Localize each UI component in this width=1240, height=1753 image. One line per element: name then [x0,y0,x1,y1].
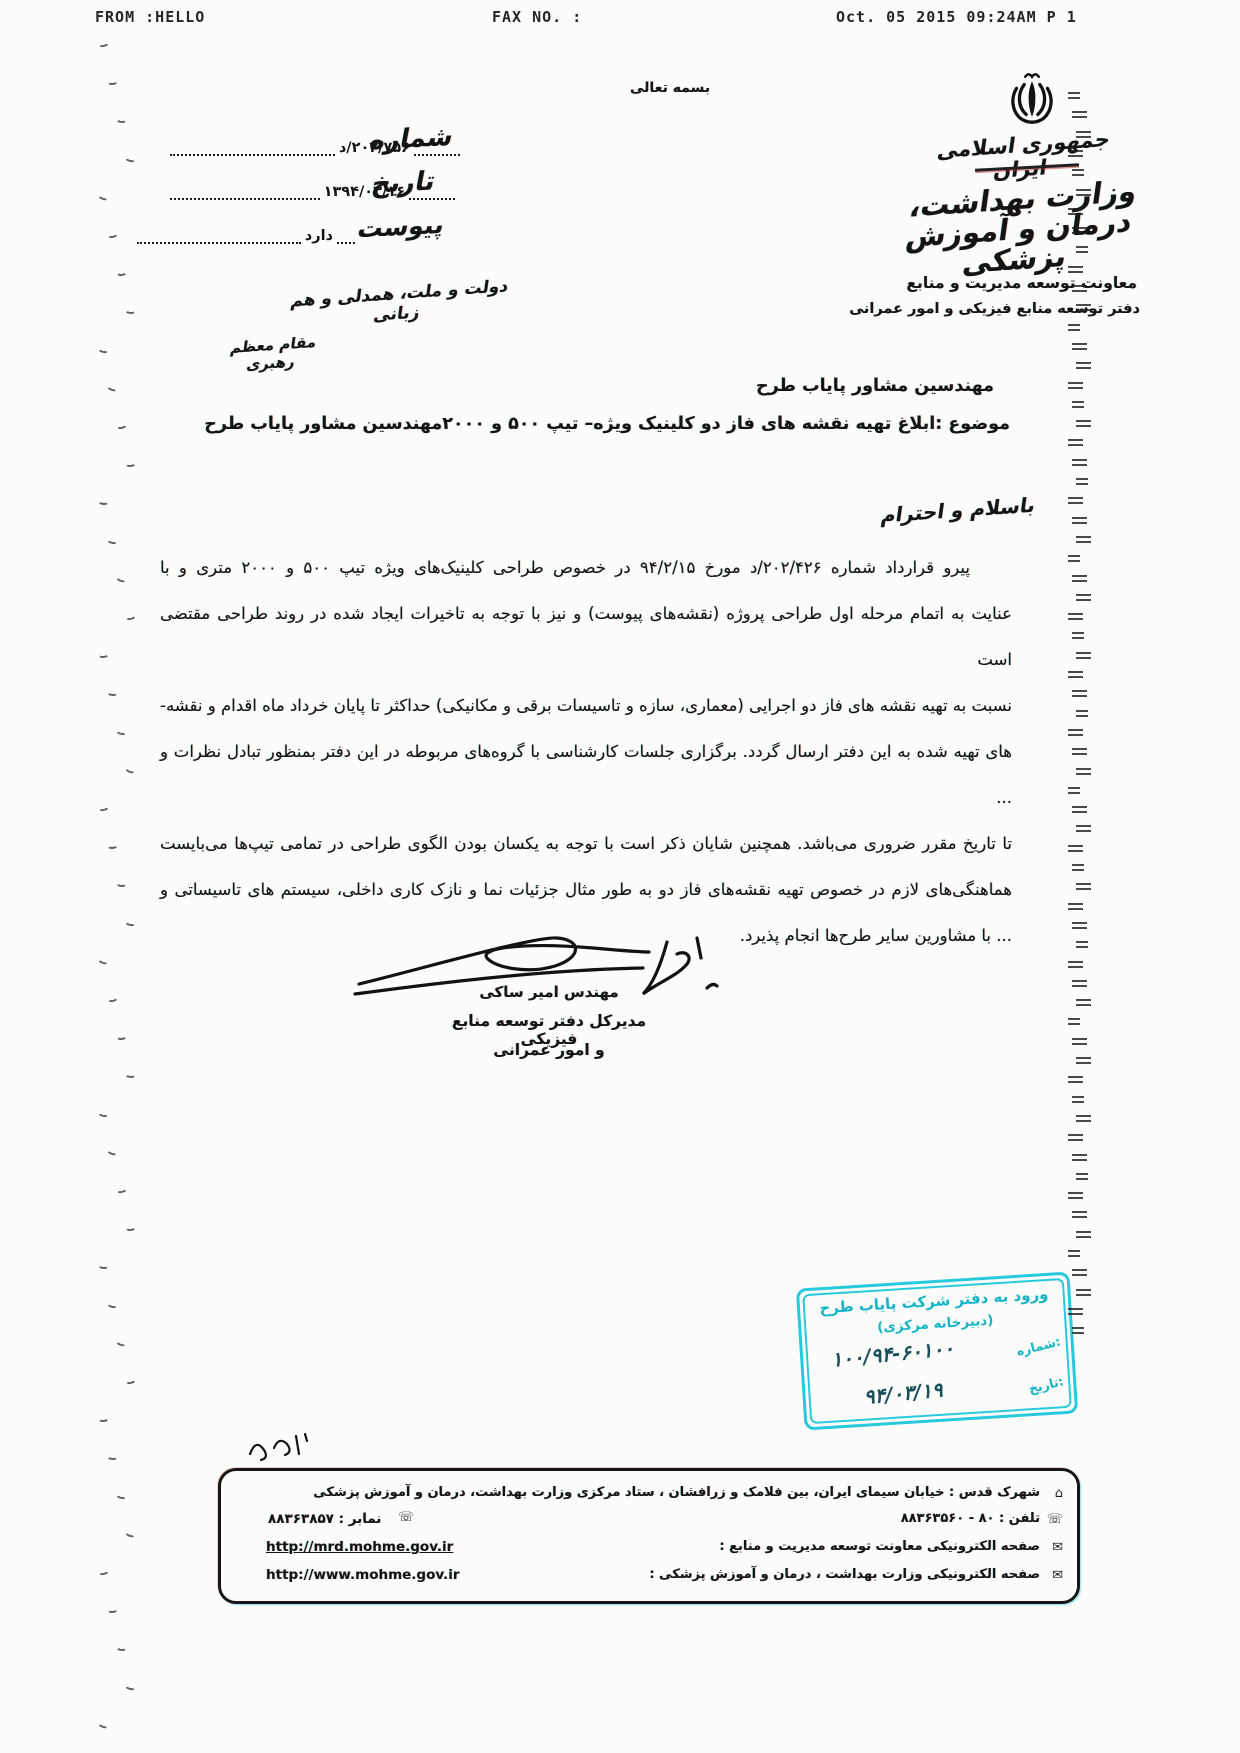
scan-tick-mark [115,1185,127,1194]
signer-name: مهندس امیر ساکی [458,983,640,1001]
scan-tick-mark [124,764,137,774]
fax-machine-icon: ☏ [398,1510,414,1525]
scan-dash-mark [1072,169,1084,176]
scan-dash-mark [1076,420,1091,427]
body-line: تا تاریخ مقرر ضروری می‌باشد. همچنین شایا… [160,821,1012,867]
scan-dash-mark [1068,555,1080,562]
ref-number-row: ۲۰۲/۷۵۶/د [170,140,460,156]
left-margin-scan-marks [98,0,158,1753]
ref-date-row: ۱۳۹۴/۰۳/۱۶ [170,184,455,200]
scan-tick-mark [125,460,136,468]
scan-dash-mark [1068,1192,1083,1199]
scan-dash-mark [1068,497,1083,504]
scan-dash-mark [1076,1173,1088,1180]
scan-tick-mark [97,803,109,812]
scan-dash-mark [1068,787,1080,794]
scan-dash-mark [1072,922,1087,929]
scan-dash-mark [1068,266,1083,273]
footer-address: شهرک قدس : خیابان سیمای ایران، بین فلامک… [313,1485,1040,1500]
scan-dash-mark [1068,845,1083,852]
footer-url-mohme[interactable]: http://www.mohme.gov.ir [266,1567,459,1583]
scan-dash-mark [1076,825,1091,832]
scan-dash-mark [1076,710,1088,717]
fax-number-label: FAX NO. : [492,8,582,26]
year-slogan: دولت و ملت، همدلی و هم زبانی [265,275,530,334]
ref-date-value: ۱۳۹۴/۰۳/۱۶ [320,184,409,200]
scan-tick-mark [98,1262,109,1270]
scan-tick-mark [115,421,127,430]
scan-dash-mark [1076,1231,1091,1238]
scan-tick-mark [107,689,118,697]
dotted-leader [137,232,301,244]
scan-tick-mark [106,1146,119,1156]
stamp-date-handwritten: ۹۴/۰۳/۱۹ [863,1377,944,1409]
scan-tick-mark [124,154,136,163]
scan-dash-mark [1076,594,1091,601]
scan-dash-mark [1068,671,1083,678]
scan-dash-mark [1068,903,1083,910]
slogan-attribution: مقام معظم رهبری [210,332,335,377]
scan-dash-mark [1072,806,1087,813]
scan-dash-mark [1076,246,1088,253]
scan-tick-mark [124,612,136,621]
scan-tick-mark [124,918,136,927]
footer-fax: نمابر : ۸۸۳۶۳۸۵۷ [268,1511,381,1527]
ministry-calligraphy: وزارت بهداشت، درمان و آموزش پزشکی [888,175,1150,284]
body-line: های تهیه شده به این دفتر ارسال گردد. برگ… [160,729,1012,821]
scan-tick-mark [106,230,118,239]
scan-dash-mark [1076,768,1091,775]
scan-dash-mark [1072,1038,1087,1045]
scan-dash-mark [1072,517,1087,524]
fax-datetime: Oct. 05 2015 09:24AM P 1 [836,8,1077,26]
deputy-name: معاونت توسعه مدیریت و منابع [906,274,1137,292]
scan-tick-mark [97,955,110,965]
scan-dash-mark [1072,632,1084,639]
scan-dash-mark [1076,362,1091,369]
scan-dash-mark [1072,575,1087,582]
scan-tick-mark [98,1415,109,1423]
scan-dash-mark [1068,439,1083,446]
scan-tick-mark [97,191,110,201]
scan-dash-mark [1072,343,1087,350]
footer-eportal-ministry: صفحه الکترونیکی وزارت بهداشت ، درمان و آ… [649,1567,1040,1582]
attachment-label: پیوست [355,210,447,244]
letter-body: پیرو قرارداد شماره ۲۰۲/۴۲۶/د مورخ ۹۴/۲/۱… [160,545,1012,959]
scan-dash-mark [1072,227,1087,234]
dotted-leader [170,144,335,156]
scan-dash-mark [1072,1096,1084,1103]
scan-tick-mark [116,1644,127,1652]
body-line: هماهنگی‌های لازم در خصوص تهیه نقشه‌های ف… [160,867,1012,913]
scan-tick-mark [116,116,127,124]
email-envelope-icon: ✉ [1052,1540,1063,1555]
dotted-leader [414,144,460,156]
body-line: عنایت به اتمام مرحله اول طراحی پروژه (نق… [160,591,1012,683]
scan-dash-mark [1076,652,1091,659]
scan-tick-mark [116,269,127,277]
scan-tick-mark [97,39,109,48]
address-building-icon: ⌂ [1055,1486,1063,1501]
scan-dash-mark [1072,690,1087,697]
scan-tick-mark [97,1109,109,1118]
scan-dash-mark [1068,1308,1083,1315]
dotted-leader [337,232,355,244]
scan-dash-mark [1072,864,1084,871]
scan-dash-mark [1068,613,1083,620]
office-name: دفتر توسعه منابع فیزیکی و امور عمرانی [849,301,1140,317]
scan-tick-mark [124,1682,136,1691]
scan-tick-mark [107,1606,118,1614]
scan-dash-mark [1072,748,1087,755]
scan-tick-mark [115,573,128,583]
scan-dash-mark [1072,1154,1087,1161]
scan-dash-mark [1072,401,1084,408]
scan-tick-mark [125,1224,136,1232]
scan-tick-mark [106,382,119,392]
scan-dash-mark [1076,999,1091,1006]
recipient-line: مهندسین مشاور پایاب طرح [756,376,994,396]
scan-dash-mark [1076,941,1088,948]
scan-tick-mark [107,1453,118,1461]
scan-tick-mark [124,1376,136,1385]
scan-tick-mark [124,1528,137,1538]
scan-dash-mark [1068,324,1080,331]
scan-dash-mark [1076,1115,1091,1122]
scan-dash-mark [1076,131,1091,138]
scan-tick-mark [107,78,118,86]
dotted-leader [170,188,320,200]
scan-dash-mark [1068,1250,1080,1257]
scan-dash-mark [1072,111,1087,118]
stamp-number-handwritten: ۱۰۰/۹۴-۶۰۱۰۰ [830,1336,955,1372]
scan-tick-mark [98,651,109,659]
scan-dash-mark [1068,208,1083,215]
stamp-date-label: تاریخ: [1027,1373,1065,1396]
footer-phone: تلفن : ۸۰ - ۸۸۳۶۳۵۶۰ [901,1511,1040,1526]
scan-tick-mark [106,994,118,1003]
scan-dash-mark [1072,980,1087,987]
received-stamp: ورود به دفتر شرکت پایاب طرح (دبیرخانه مر… [796,1272,1078,1431]
scan-tick-mark [125,1071,136,1079]
scan-tick-mark [97,1719,110,1729]
scan-dash-mark [1072,1327,1084,1334]
salutation: باسلام و احترام [879,492,1036,527]
scan-tick-mark [115,1491,127,1500]
phone-icon: ☏ [1047,1512,1063,1527]
scan-tick-mark [98,498,109,506]
scan-dash-mark [1068,382,1083,389]
attachment-row: دارد [137,228,355,244]
scanned-fax-letter: FROM :HELLO FAX NO. : Oct. 05 2015 09:24… [0,0,1240,1753]
scan-dash-mark [1076,883,1091,890]
scan-dash-mark [1076,1289,1091,1296]
scan-tick-mark [97,345,109,354]
scan-tick-mark [106,1300,118,1309]
scan-dash-mark [1076,304,1091,311]
scan-tick-mark [116,1033,127,1041]
email-envelope-icon: ✉ [1052,1568,1063,1583]
scan-dash-mark [1076,478,1088,485]
scan-dash-mark [1072,459,1087,466]
scan-dash-mark [1076,1057,1091,1064]
scan-tick-mark [106,536,118,545]
scan-dash-mark [1076,536,1091,543]
pen-note-squiggle [242,1428,314,1468]
scan-dash-mark [1068,961,1083,968]
scan-dash-mark [1068,150,1083,157]
scan-dash-mark [1072,1269,1087,1276]
scan-tick-mark [116,880,127,888]
scan-tick-mark [115,1337,128,1347]
scan-dash-mark [1076,189,1091,196]
scan-tick-mark [125,307,136,315]
scan-tick-mark [107,842,118,850]
scan-dash-mark [1068,1018,1080,1025]
scan-dash-mark [1068,92,1080,99]
body-line: پیرو قرارداد شماره ۲۰۲/۴۲۶/د مورخ ۹۴/۲/۱… [160,545,1012,591]
signer-title-2: و امور عمرانی [458,1041,640,1059]
stamp-number-label: شماره: [1015,1334,1062,1359]
scan-dash-mark [1068,1134,1083,1141]
scan-tick-mark [97,1567,109,1576]
scan-dash-mark [1068,1076,1083,1083]
footer-eportal-deputy: صفحه الکترونیکی معاونت توسعه مدیریت و من… [719,1539,1040,1554]
scan-dash-mark [1072,1211,1087,1218]
scan-tick-mark [115,727,127,736]
bismillah: بسمه تعالی [630,80,710,96]
scan-dash-mark [1072,285,1087,292]
footer-url-mrd[interactable]: http://mrd.mohme.gov.ir [266,1539,453,1555]
ref-number-value: ۲۰۲/۷۵۶/د [335,140,414,156]
body-line: نسبت به تهیه نقشه های فاز دو اجرایی (معم… [160,683,1012,729]
right-margin-scan-marks [1066,0,1096,1753]
dotted-leader [409,188,455,200]
attachment-value: دارد [301,228,337,244]
subject-line: موضوع :ابلاغ تهیه نقشه های فاز دو کلینیک… [204,414,1010,434]
scan-dash-mark [1068,729,1083,736]
iran-emblem-icon [1003,70,1061,132]
